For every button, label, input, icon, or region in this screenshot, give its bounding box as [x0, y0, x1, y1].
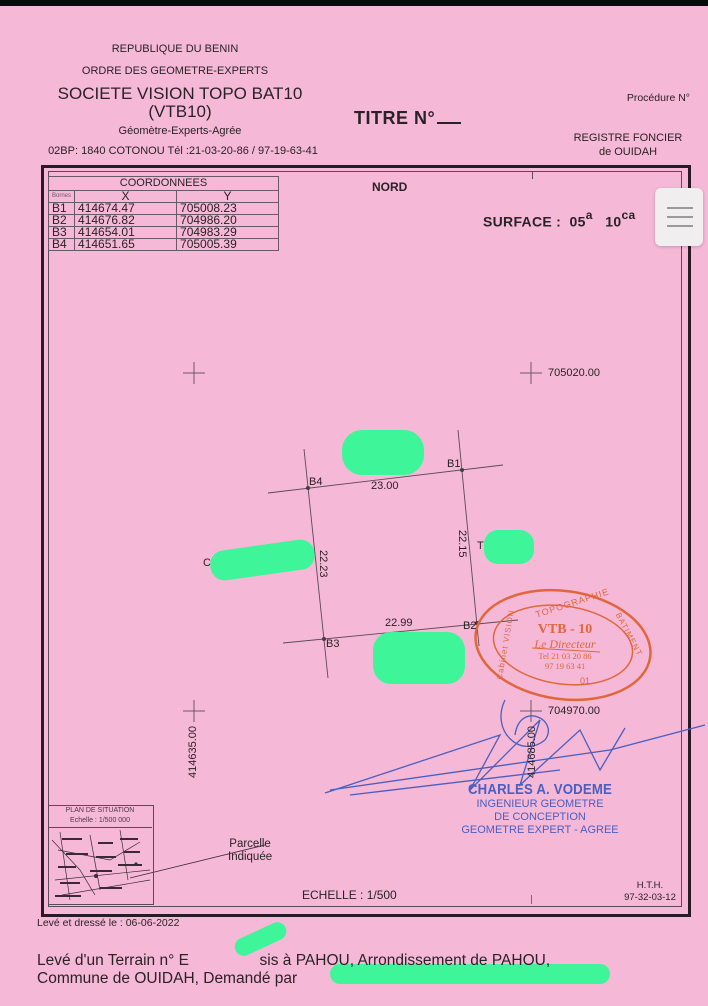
signatory-block: CHARLES A. VODEME INGENIEUR GEOMETRE DE … [455, 781, 625, 837]
side-length-b1-b2: 22.15 [456, 530, 468, 558]
hth-line2: 97-32-03-12 [620, 892, 680, 904]
desc-line1-end: sis à PAHOU, Arrondissement de PAHOU, [260, 952, 551, 969]
neighbor-label-right: T [477, 540, 484, 552]
signatory-name: CHARLES A. VODEME [465, 781, 615, 798]
corner-label-b3: B3 [326, 638, 339, 650]
parcel-pointer-label: Parcelle Indiquée [228, 838, 272, 864]
stamp-bottom: 01 [580, 676, 590, 686]
survey-date: Levé et dressé le : 06-06-2022 [37, 917, 179, 929]
grid-label-x-left: 414635.00 [187, 726, 199, 778]
situation-plan-title: PLAN DE SITUATION [48, 807, 152, 814]
corner-label-b1: B1 [447, 458, 460, 470]
desc-line1-start: Levé d'un Terrain n° E [37, 952, 189, 969]
hth-line1: H.T.H. [620, 880, 680, 892]
frame-tick-bottom [531, 895, 532, 904]
redaction-north-neighbor [342, 430, 424, 475]
stamp-tel-label: Tel [538, 651, 549, 661]
stamp-text: VTB - 10 Le Directeur Tel 21 03 20 86 97… [515, 622, 615, 671]
redaction-south-neighbor [373, 632, 465, 684]
hamburger-icon-line [667, 216, 693, 218]
parcel-pointer-line1: Parcelle [228, 838, 272, 851]
stamp-phone: Tel 21 03 20 86 97 19 63 41 [515, 651, 615, 671]
hamburger-icon [667, 207, 693, 209]
hamburger-icon-line [667, 225, 693, 227]
signatory-line3: GEOMETRE EXPERT - AGREE [455, 824, 625, 837]
parcel-corners [306, 468, 479, 641]
grid-label-y-bottom: 704970.00 [548, 705, 600, 717]
corner-label-b4: B4 [309, 476, 322, 488]
scale-label: ECHELLE : 1/500 [302, 888, 397, 902]
side-length-b3-b4: 22.23 [317, 550, 329, 578]
stamp-title: VTB - 10 [515, 622, 615, 638]
situation-plan-separator [48, 827, 152, 828]
situation-plan-scale: Echelle : 1/500 000 [48, 817, 152, 824]
stamp-tel2: 97 19 63 41 [545, 661, 585, 671]
menu-button[interactable] [655, 188, 703, 246]
grid-label-y-top: 705020.00 [548, 367, 600, 379]
parcel-pointer-line2: Indiquée [228, 851, 272, 864]
stamp-role: Le Directeur [515, 638, 615, 651]
corner-label-b2: B2 [463, 620, 476, 632]
hth-label: H.T.H. 97-32-03-12 [620, 880, 680, 904]
desc-line2: Commune de OUIDAH, Demandé par [37, 970, 550, 988]
signatory-line1: INGENIEUR GEOMETRE [455, 798, 625, 811]
side-length-b4-b1: 23.00 [371, 480, 399, 492]
grid-label-x-right: 414685.00 [526, 726, 538, 778]
stamp-tel1: 21 03 20 86 [551, 651, 591, 661]
terrain-description: Levé d'un Terrain n° E sis à PAHOU, Arro… [37, 952, 550, 988]
redaction-east-neighbor [484, 530, 534, 564]
signatory-line2: DE CONCEPTION [455, 811, 625, 824]
side-length-b2-b3: 22.99 [385, 617, 413, 629]
